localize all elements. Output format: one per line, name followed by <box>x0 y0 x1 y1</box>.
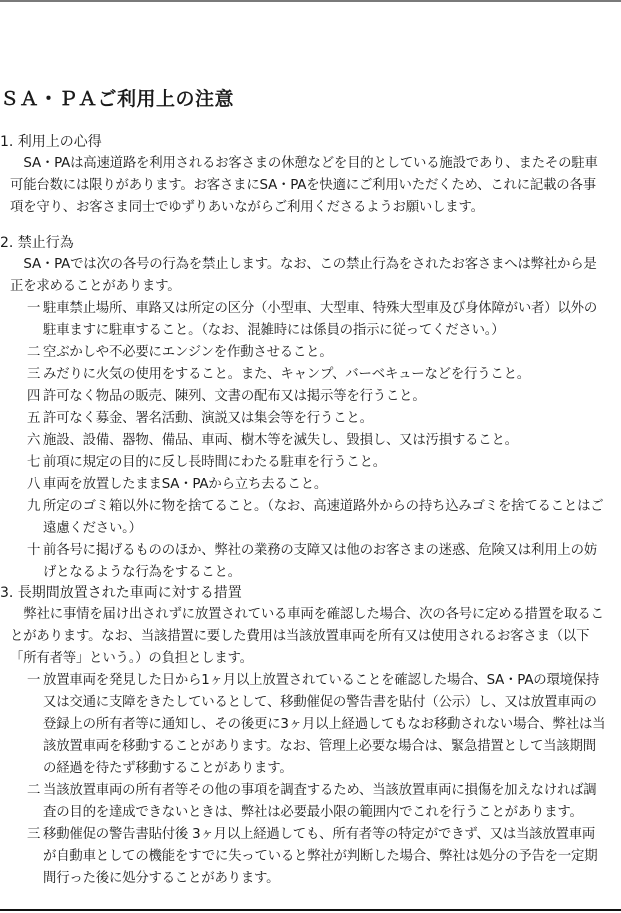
item-number: 三 <box>27 364 40 386</box>
prohibited-acts-list: 一駐車禁止場所、車路又は所定の区分（小型車、大型車、特殊大型車及び身体障がい者）… <box>0 298 621 584</box>
item-number: 二 <box>27 342 40 364</box>
section-paragraph: SA・PAでは次の各号の行為を禁止します。なお、この禁止行為をされたお客さまへは… <box>0 254 621 298</box>
list-item: 八車両を放置したままSA・PAから立ち去ること。 <box>0 474 621 496</box>
item-text: 許可なく募金、署名活動、演説又は集会等を行うこと。 <box>43 411 373 426</box>
section-heading: 2. 禁止行為 <box>0 232 621 254</box>
list-item: 一放置車両を発見した日から1ヶ月以上放置されていることを確認した場合、SA・PA… <box>0 670 621 780</box>
top-divider <box>0 0 621 2</box>
item-number: 十 <box>27 540 40 562</box>
item-text: 前項に規定の目的に反し長時間にわたる駐車を行うこと。 <box>43 455 386 470</box>
item-number: 二 <box>27 780 40 802</box>
page-title: ＳＡ・ＰＡご利用上の注意 <box>0 84 234 111</box>
item-text: 移動催促の警告書貼付後 3ヶ月以上経過しても、所有者等の特定ができず、又は当該放… <box>43 827 597 886</box>
item-number: 六 <box>27 430 40 452</box>
list-item: 四許可なく物品の販売、陳列、文書の配布又は掲示等を行うこと。 <box>0 386 621 408</box>
item-text: 車両を放置したままSA・PAから立ち去ること。 <box>43 477 327 492</box>
list-item: 三みだりに火気の使用をすること。また、キャンプ、バーベキューなどを行うこと。 <box>0 364 621 386</box>
list-item: 二空ぶかしや不必要にエンジンを作動させること。 <box>0 342 621 364</box>
section-abandoned-vehicles: 3. 長期間放置された車両に対する措置 弊社に事情を届け出されずに放置されている… <box>0 582 621 890</box>
item-number: 五 <box>27 408 40 430</box>
item-number: 一 <box>27 670 40 692</box>
list-item: 六施設、設備、器物、備品、車両、樹木等を滅失し、毀損し、又は汚損すること。 <box>0 430 621 452</box>
section-paragraph: 弊社に事情を届け出されずに放置されている車両を確認した場合、次の各号に定める措置… <box>0 604 621 670</box>
item-text: みだりに火気の使用をすること。また、キャンプ、バーベキューなどを行うこと。 <box>43 367 530 382</box>
item-text: 放置車両を発見した日から1ヶ月以上放置されていることを確認した場合、SA・PAの… <box>43 673 605 776</box>
list-item: 二当該放置車両の所有者等その他の事項を調査するため、当該放置車両に損傷を加えなけ… <box>0 780 621 824</box>
bottom-divider <box>0 909 621 911</box>
item-number: 四 <box>27 386 40 408</box>
abandoned-vehicle-measures-list: 一放置車両を発見した日から1ヶ月以上放置されていることを確認した場合、SA・PA… <box>0 670 621 890</box>
item-text: 許可なく物品の販売、陳列、文書の配布又は掲示等を行うこと。 <box>43 389 426 404</box>
section-heading: 3. 長期間放置された車両に対する措置 <box>0 582 621 604</box>
section-paragraph: SA・PAは高速道路を利用されるお客さまの休憩などを目的としている施設であり、ま… <box>0 153 621 219</box>
item-number: 一 <box>27 298 40 320</box>
item-text: 所定のゴミ箱以外に物を捨てること。（なお、高速道路外からの持ち込みゴミを捨てるこ… <box>43 499 604 536</box>
item-text: 当該放置車両の所有者等その他の事項を調査するため、当該放置車両に損傷を加えなけれ… <box>43 783 596 820</box>
item-number: 八 <box>27 474 40 496</box>
list-item: 九所定のゴミ箱以外に物を捨てること。（なお、高速道路外からの持ち込みゴミを捨てる… <box>0 496 621 540</box>
list-item: 七前項に規定の目的に反し長時間にわたる駐車を行うこと。 <box>0 452 621 474</box>
item-number: 九 <box>27 496 40 518</box>
item-text: 前各号に掲げるもののほか、弊社の業務の支障又は他のお客さまの迷惑、危険又は利用上… <box>43 543 597 580</box>
section-prohibited-acts: 2. 禁止行為 SA・PAでは次の各号の行為を禁止します。なお、この禁止行為をさ… <box>0 232 621 584</box>
list-item: 三移動催促の警告書貼付後 3ヶ月以上経過しても、所有者等の特定ができず、又は当該… <box>0 824 621 890</box>
item-number: 三 <box>27 824 40 846</box>
item-text: 施設、設備、器物、備品、車両、樹木等を滅失し、毀損し、又は汚損すること。 <box>43 433 518 448</box>
list-item: 十前各号に掲げるもののほか、弊社の業務の支障又は他のお客さまの迷惑、危険又は利用… <box>0 540 621 584</box>
list-item: 一駐車禁止場所、車路又は所定の区分（小型車、大型車、特殊大型車及び身体障がい者）… <box>0 298 621 342</box>
section-heading: 1. 利用上の心得 <box>0 131 621 153</box>
item-text: 駐車禁止場所、車路又は所定の区分（小型車、大型車、特殊大型車及び身体障がい者）以… <box>43 301 597 338</box>
list-item: 五許可なく募金、署名活動、演説又は集会等を行うこと。 <box>0 408 621 430</box>
section-usage-guidelines: 1. 利用上の心得 SA・PAは高速道路を利用されるお客さまの休憩などを目的とし… <box>0 131 621 219</box>
item-number: 七 <box>27 452 40 474</box>
item-text: 空ぶかしや不必要にエンジンを作動させること。 <box>43 345 333 360</box>
